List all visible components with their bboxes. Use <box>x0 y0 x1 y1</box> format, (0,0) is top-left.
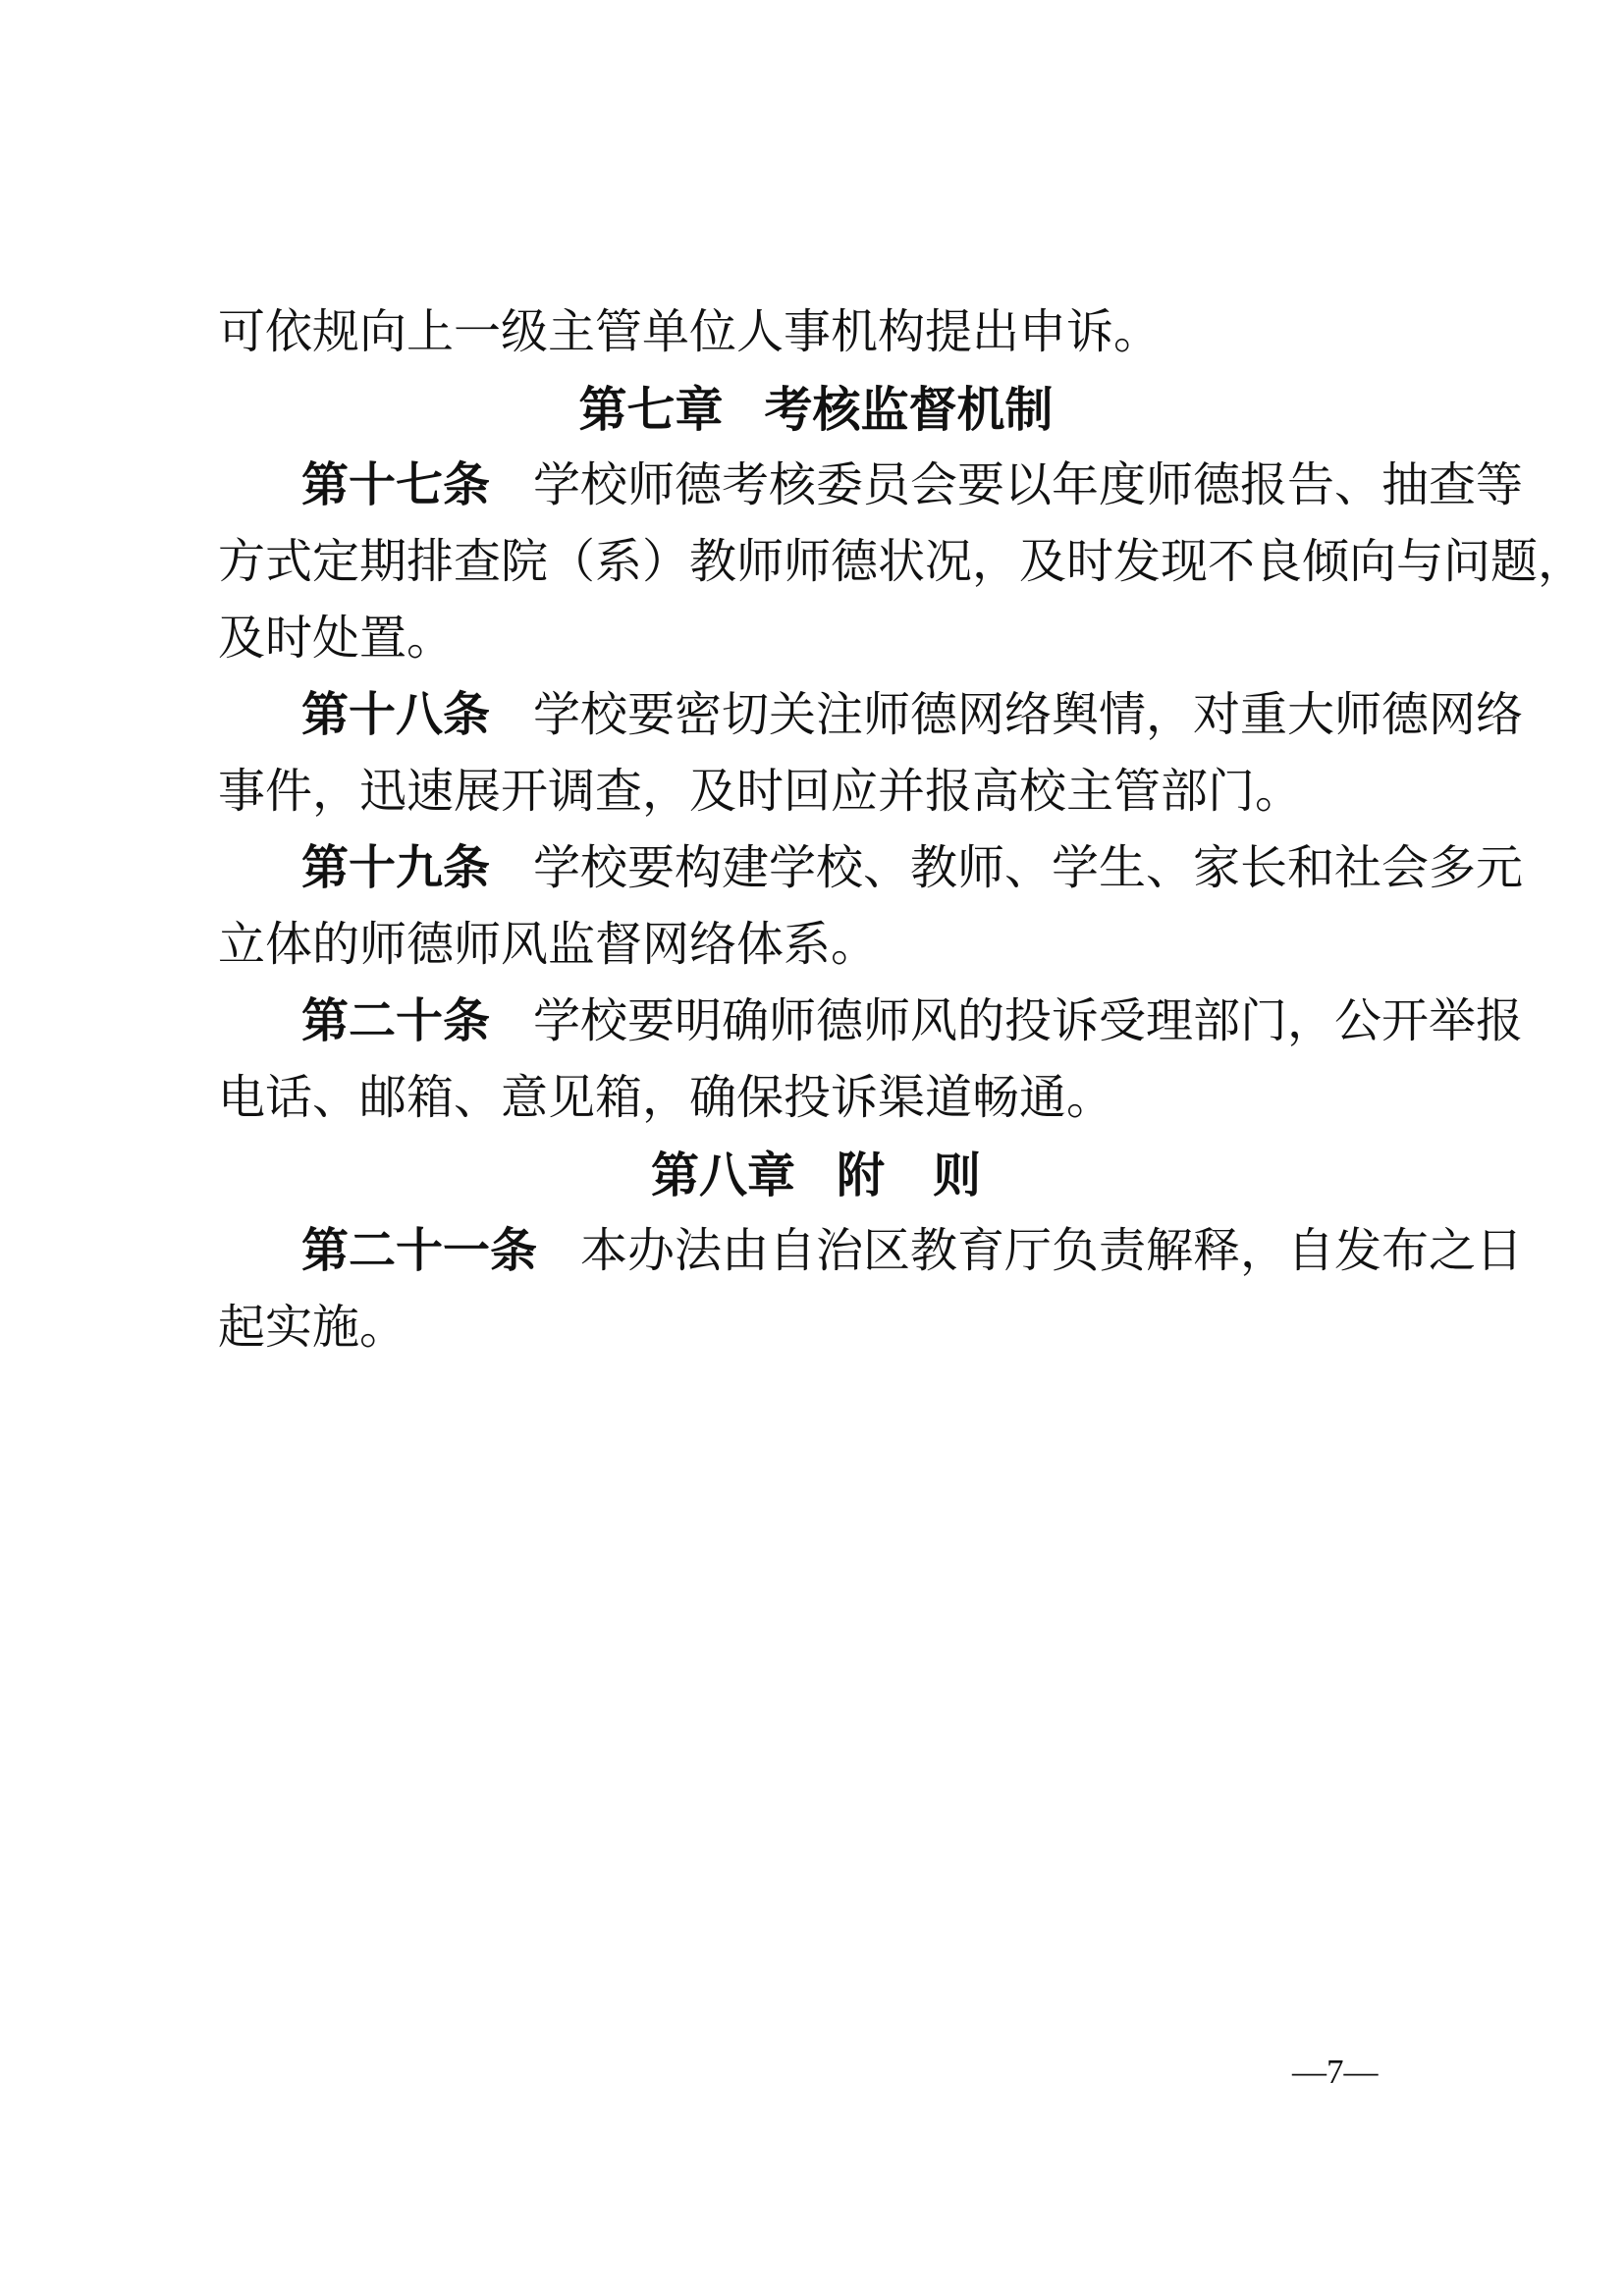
chapter-heading-7: 第七章考核监督机制 <box>192 385 1439 436</box>
article-term: 第十七条 <box>301 459 490 511</box>
body-text: 学校要构建学校、教师、学生、家长和社会多元 <box>533 842 1523 894</box>
article-line: 第十八条学校要密切关注师德网络舆情，对重大师德网络 <box>301 691 1523 740</box>
body-text: 学校师德考核委员会要以年度师德报告、抽查等 <box>533 459 1523 511</box>
article-line: 第二十条学校要明确师德师风的投诉受理部门，公开举报 <box>301 997 1523 1046</box>
body-text: 及时处置。 <box>218 613 454 665</box>
body-text: 电话、邮箱、意见箱，确保投诉渠道畅通。 <box>218 1072 1113 1124</box>
body-line: 方式定期排查院（系）教师师德状况，及时发现不良倾向与问题， <box>218 538 1585 587</box>
body-line: 可依规向上一级主管单位人事机构提出申诉。 <box>218 308 1161 357</box>
article-term: 第十八条 <box>301 689 490 741</box>
body-line: 及时处置。 <box>218 614 454 664</box>
body-text: 学校要密切关注师德网络舆情，对重大师德网络 <box>533 689 1523 741</box>
article-line: 第十七条学校师德考核委员会要以年度师德报告、抽查等 <box>301 461 1523 510</box>
body-text: 事件，迅速展开调查，及时回应并报高校主管部门。 <box>218 766 1302 818</box>
body-line: 事件，迅速展开调查，及时回应并报高校主管部门。 <box>218 768 1302 817</box>
body-text: 可依规向上一级主管单位人事机构提出申诉。 <box>218 306 1161 358</box>
page-number: —7— <box>1292 2054 1379 2091</box>
body-line: 电话、邮箱、意见箱，确保投诉渠道畅通。 <box>218 1074 1113 1123</box>
body-text: 立体的师德师风监督网络体系。 <box>218 919 878 971</box>
chapter-title: 考核监督机制 <box>765 384 1054 437</box>
chapter-title: 附 则 <box>837 1149 981 1202</box>
article-term: 第二十条 <box>301 995 490 1047</box>
chapter-label: 第八章 <box>651 1149 795 1202</box>
body-text: 方式定期排查院（系）教师师德状况，及时发现不良倾向与问题， <box>218 536 1585 588</box>
body-line: 起实施。 <box>218 1304 406 1353</box>
body-text: 本办法由自治区教育厅负责解释，自发布之日 <box>580 1225 1523 1277</box>
body-line: 立体的师德师风监督网络体系。 <box>218 921 878 970</box>
document-page: 可依规向上一级主管单位人事机构提出申诉。 第七章考核监督机制 第十七条学校师德考… <box>0 0 1624 2296</box>
body-text: 学校要明确师德师风的投诉受理部门，公开举报 <box>533 995 1523 1047</box>
article-term: 第十九条 <box>301 842 490 894</box>
chapter-heading-8: 第八章附 则 <box>192 1150 1439 1201</box>
chapter-label: 第七章 <box>578 384 723 437</box>
body-text: 起实施。 <box>218 1302 406 1354</box>
article-line: 第十九条学校要构建学校、教师、学生、家长和社会多元 <box>301 844 1523 893</box>
article-line: 第二十一条本办法由自治区教育厅负责解释，自发布之日 <box>301 1227 1523 1276</box>
article-term: 第二十一条 <box>301 1225 537 1277</box>
